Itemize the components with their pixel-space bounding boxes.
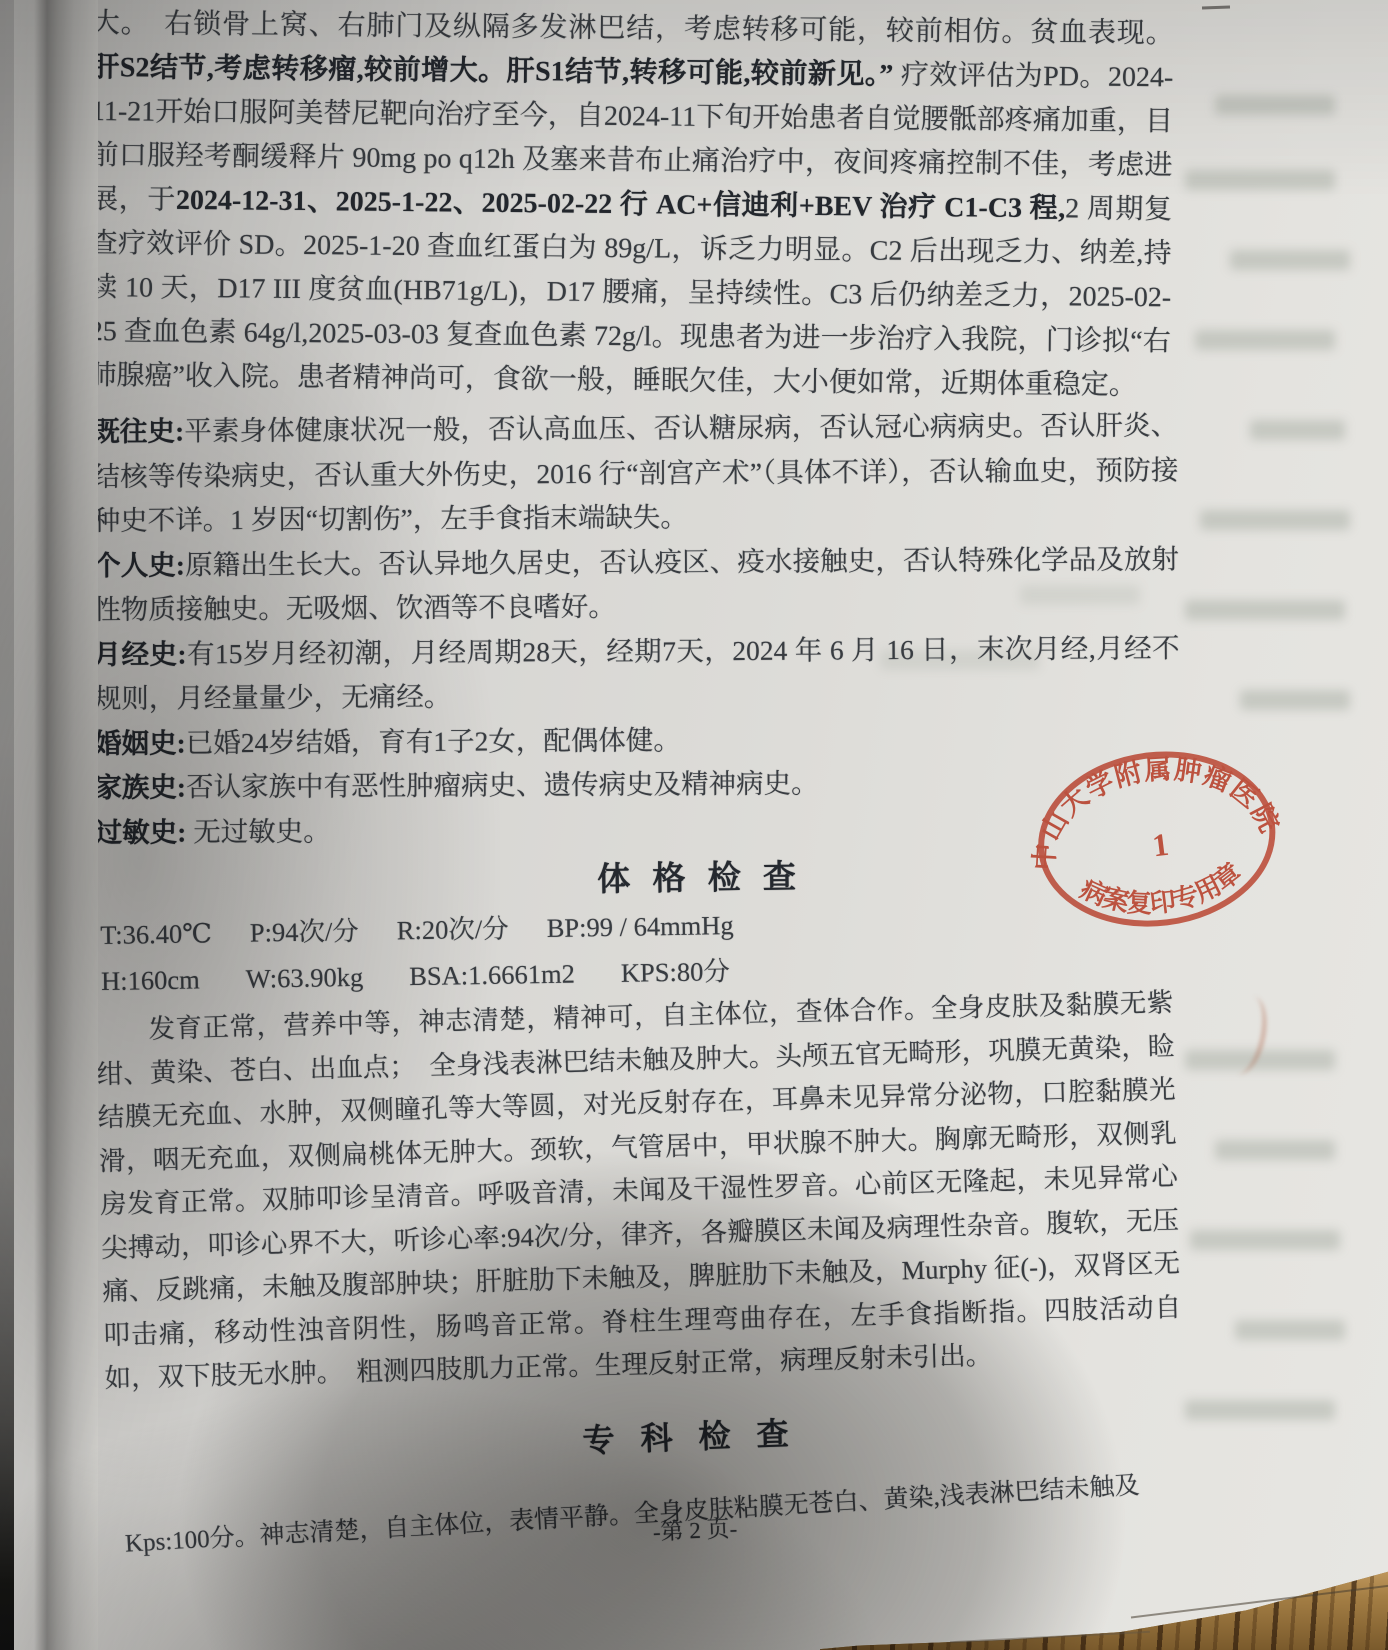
menstrual-history-text: 有15岁月经初潮，月经周期28天，经期7天，2024 年 6 月 16 日，末次… [94,632,1180,714]
personal-history-paragraph: 个人史:原籍出生长大。否认异地久居史，否认疫区、疫水接触史，否认特殊化学品及放射… [93,537,1180,633]
weight-value: W:63.90kg [245,962,363,994]
temperature-value: T:36.40℃ [100,918,212,950]
photo-left-edge [0,0,14,1650]
intro-text-1: 大。 右锁骨上窝、右肺门及纵隔多发淋巴结，考虑转移可能，较前相仿。贫血表现。 [92,8,1174,49]
top-edge-mark [1202,6,1230,10]
intro-text-3: 2 周期复查疗效评价 SD。2025-1-20 查血红蛋白为 89g/L，诉乏力… [88,193,1172,401]
kps-value: KPS:80分 [621,956,730,988]
menstrual-history-paragraph: 月经史:有15岁月经初潮，月经周期28天，经期7天，2024 年 6 月 16 … [93,626,1180,722]
allergy-history-text: 无过敏史。 [186,815,331,847]
bleedthrough-smudge [1215,1140,1335,1160]
marital-history-text: 已婚24岁结婚，育有1子2女，配偶体健。 [186,724,681,758]
past-history-text: 平素身体健康状况一般，否认高血压、否认糖尿病，否认冠心病病史。否认肝炎、结核等传… [92,409,1178,536]
height-value: H:160cm [101,964,200,996]
bleedthrough-smudge [1250,420,1345,440]
bleedthrough-smudge [1195,330,1335,350]
page-curl-shading [14,0,98,1650]
family-history-label: 家族史: [94,771,186,803]
bleedthrough-smudge [1185,600,1345,620]
document-page: 大。 右锁骨上窝、右肺门及纵隔多发淋巴结，考虑转移可能，较前相仿。贫血表现。 肝… [0,0,1388,1650]
photographed-medical-record-page: 大。 右锁骨上窝、右肺门及纵隔多发淋巴结，考虑转移可能，较前相仿。贫血表现。 肝… [0,0,1388,1650]
bleedthrough-smudge [1240,690,1350,710]
menstrual-history-label: 月经史: [93,638,186,670]
respiration-value: R:20次/分 [397,914,509,946]
intro-bold-liver-nodule: 肝S2结节,考虑转移瘤,较前增大。肝S1结节,转移可能,较前新见。” [91,52,893,91]
personal-history-label: 个人史: [93,549,185,581]
bleedthrough-smudge [1190,1230,1340,1250]
specialist-exam-title: 专 科 检 查 [170,1394,1211,1476]
bleedthrough-smudge [1185,170,1335,190]
bsa-value: BSA:1.6661m2 [409,959,575,992]
marital-history-label: 婚姻史: [94,727,186,759]
pulse-value: P:94次/分 [250,916,359,948]
bleedthrough-smudge [1235,1320,1345,1340]
stamp-number: 1 [1150,826,1170,864]
history-of-present-illness-paragraph: 大。 右锁骨上窝、右肺门及纵隔多发淋巴结，考虑转移可能，较前相仿。贫血表现。 肝… [88,2,1174,408]
bleedthrough-smudge [1200,510,1350,530]
personal-history-text: 原籍出生长大。否认异地久居史，否认疫区、疫水接触史，否认特殊化学品及放射性物质接… [93,543,1179,625]
allergy-history-label: 过敏史: [95,816,187,848]
bleedthrough-smudge [1230,250,1350,270]
physical-exam-body-paragraph: 发育正常，营养中等，神志清楚，精神可，自主体位，查体合作。全身皮肤及黏膜无紫绀、… [95,981,1183,1401]
hospital-record-copy-stamp: 中山大学附属肿瘤医院 1 病案复印专用章 [1015,725,1300,957]
family-history-text: 否认家族中有恶性肿瘤病史、遗传病史及精神病史。 [186,768,819,803]
past-history-paragraph: 既往史:平素身体健康状况一般，否认高血压、否认糖尿病，否认冠心病病史。否认肝炎、… [92,403,1179,543]
stamp-hospital-name: 中山大学附属肿瘤医院 [1017,740,1287,875]
intro-bold-treatment-dates: 2024-12-31、2025-1-22、2025-02-22 行 AC+信迪利… [176,185,1066,225]
past-history-label: 既往史: [92,415,184,447]
blood-pressure-value: BP:99 / 64mmHg [546,910,733,943]
bleedthrough-smudge [1215,95,1335,115]
